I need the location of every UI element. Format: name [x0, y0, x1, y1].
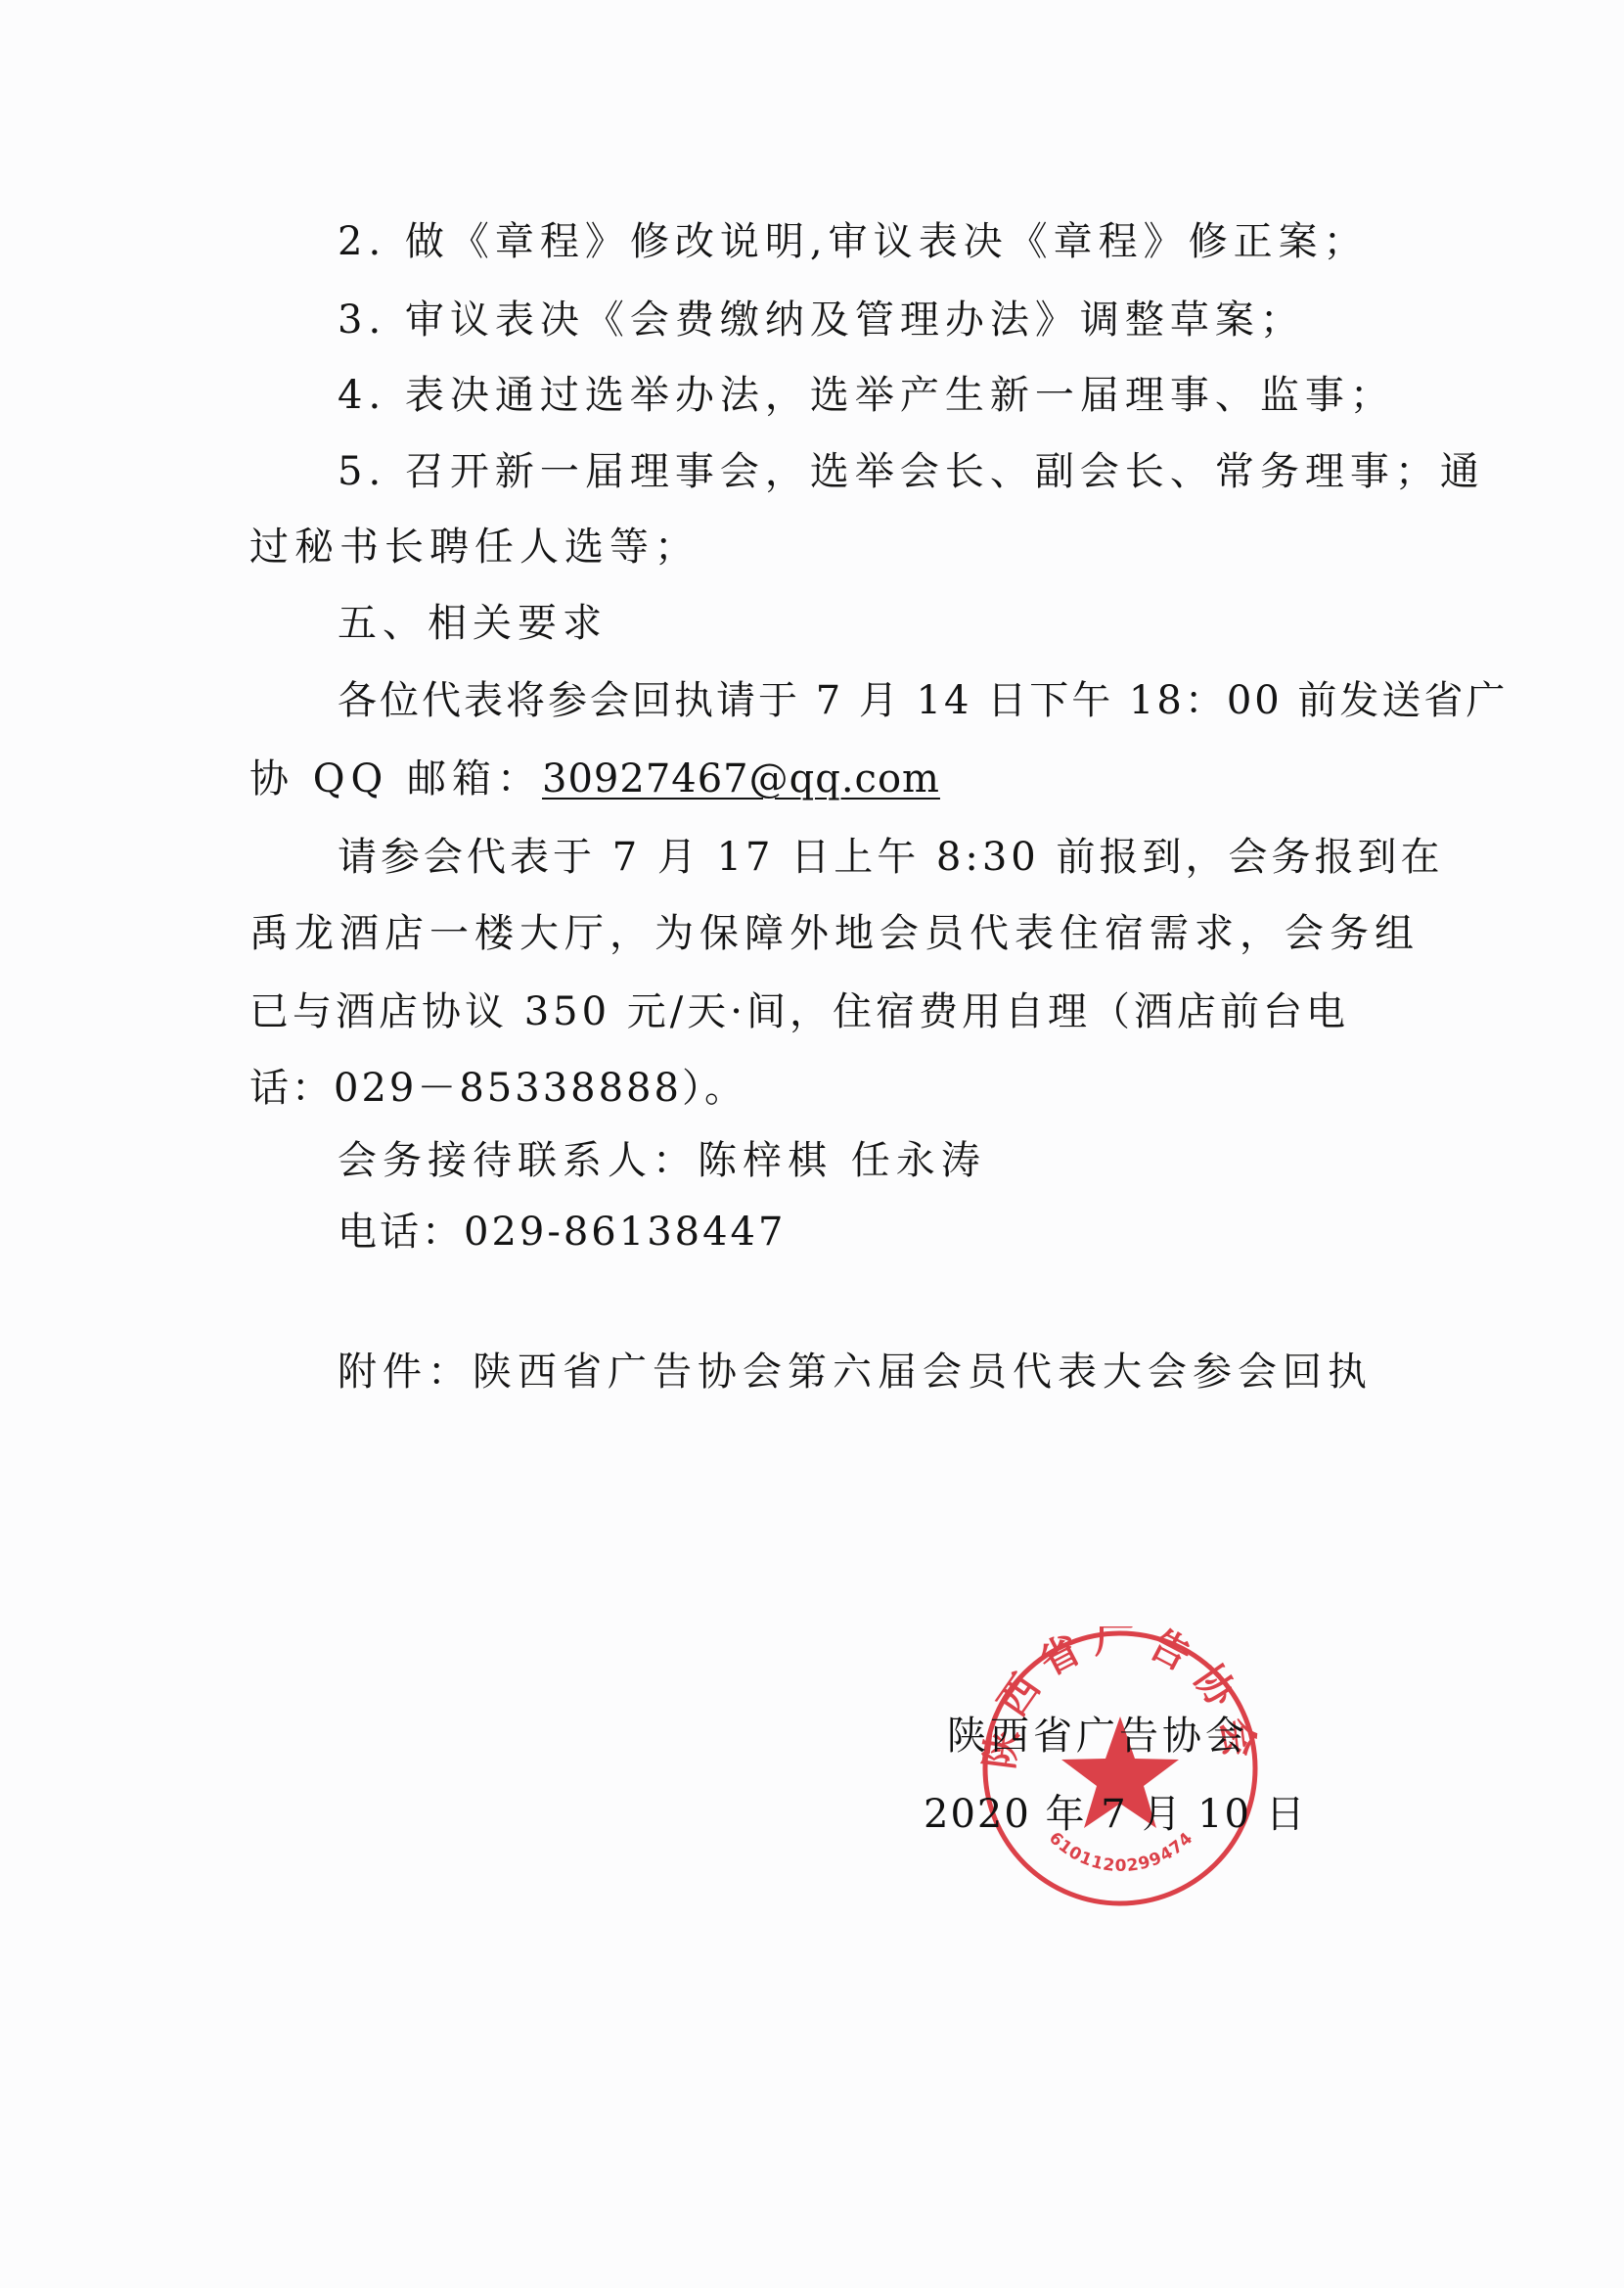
- document-page: 2. 做《章程》修改说明,审议表决《章程》修正案； 3. 审议表决《会费缴纳及管…: [0, 0, 1624, 2288]
- para1-line2: 协 QQ 邮箱：30927467@qq.com: [249, 755, 940, 802]
- para2-line3: 已与酒店协议 350 元/天·间，住宿费用自理（酒店前台电: [249, 988, 1349, 1035]
- agenda-item-5-continued: 过秘书长聘任人选等；: [249, 524, 699, 571]
- contact-phone: 电话：029-86138447: [338, 1209, 786, 1256]
- signature-date: 2020 年 7 月 10 日: [924, 1791, 1307, 1838]
- official-seal-stamp: 陕西省广告协会 6101120299474: [978, 1626, 1262, 1910]
- para2-line2: 禹龙酒店一楼大厅，为保障外地会员代表住宿需求，会务组: [249, 910, 1420, 957]
- signature-org: 陕西省广告协会: [947, 1713, 1248, 1760]
- contact-persons: 会务接待联系人：陈梓棋 任永涛: [338, 1137, 986, 1184]
- email-link[interactable]: 30927467@qq.com: [542, 756, 940, 801]
- attachment-note: 附件：陕西省广告协会第六届会员代表大会参会回执: [338, 1349, 1373, 1396]
- email-label: 协 QQ 邮箱：: [249, 756, 542, 801]
- agenda-item-4: 4. 表决通过选举办法，选举产生新一届理事、监事；: [338, 372, 1395, 419]
- agenda-item-5: 5. 召开新一届理事会，选举会长、副会长、常务理事；通: [338, 448, 1485, 495]
- para2-line1: 请参会代表于 7 月 17 日上午 8:30 前报到，会务报到在: [338, 834, 1443, 881]
- para1-line1: 各位代表将参会回执请于 7 月 14 日下午 18：00 前发送省广: [338, 677, 1508, 724]
- section-heading: 五、相关要求: [338, 600, 608, 647]
- para2-line4: 话：029－85338888）。: [249, 1065, 746, 1112]
- agenda-item-3: 3. 审议表决《会费缴纳及管理办法》调整草案；: [338, 297, 1305, 343]
- agenda-item-2: 2. 做《章程》修改说明,审议表决《章程》修正案；: [338, 218, 1369, 265]
